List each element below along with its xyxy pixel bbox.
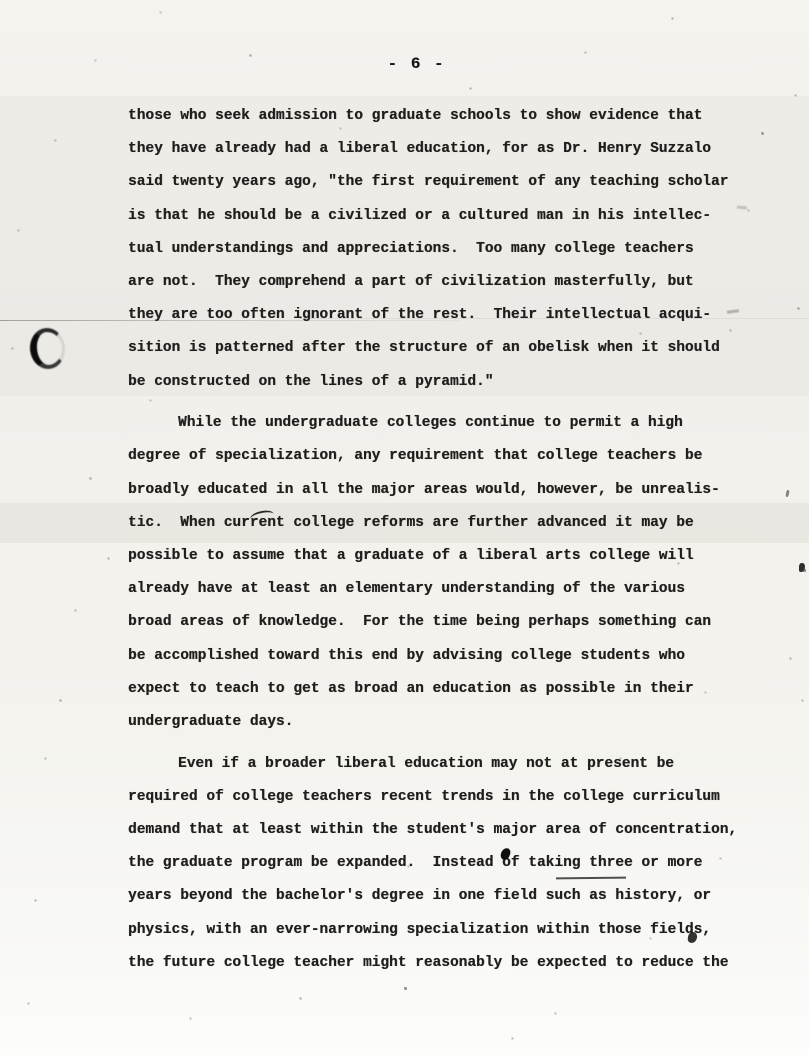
text-line: be accomplished toward this end by advis… (128, 640, 793, 673)
text-line: the graduate program be expanded. Instea… (128, 847, 793, 880)
text-line: they are too often ignorant of the rest.… (128, 299, 793, 332)
scanned-document-page: - 6 - those who seek admission to gradua… (0, 0, 809, 1055)
text-line: expect to teach to get as broad an educa… (128, 673, 793, 706)
text-line: broadly educated in all the major areas … (128, 474, 793, 507)
text-line: tic. When current college reforms are fu… (128, 507, 793, 540)
paragraph-2: While the undergraduate colleges continu… (128, 407, 793, 739)
text-line: said twenty years ago, "the first requir… (128, 166, 793, 199)
text-line: already have at least an elementary unde… (128, 573, 793, 606)
paragraph-1: those who seek admission to graduate sch… (128, 100, 793, 399)
text-line: those who seek admission to graduate sch… (128, 100, 793, 133)
text-line: Even if a broader liberal education may … (128, 748, 793, 781)
text-line: are not. They comprehend a part of civil… (128, 266, 793, 299)
text-line: possible to assume that a graduate of a … (128, 540, 793, 573)
text-line: years beyond the bachelor's degree in on… (128, 880, 793, 913)
scan-streak-line-faint (300, 318, 809, 319)
text-line: the future college teacher might reasona… (128, 947, 793, 980)
text-line: demand that at least within the student'… (128, 814, 793, 847)
text-line: While the undergraduate colleges continu… (128, 407, 793, 440)
text-line: broad areas of knowledge. For the time b… (128, 606, 793, 639)
text-line: sition is patterned after the structure … (128, 332, 793, 365)
paragraph-3: Even if a broader liberal education may … (128, 748, 793, 980)
typewritten-text-block: those who seek admission to graduate sch… (128, 100, 793, 980)
scan-streak-line (0, 320, 460, 321)
edge-ink-speck (799, 563, 805, 572)
text-line: required of college teachers recent tren… (128, 781, 793, 814)
hole-punch-mark (28, 326, 67, 370)
text-line: they have already had a liberal educatio… (128, 133, 793, 166)
text-line: is that he should be a civilized or a cu… (128, 200, 793, 233)
text-line: undergraduate days. (128, 706, 793, 739)
text-line: degree of specialization, any requiremen… (128, 440, 793, 473)
page-number: - 6 - (12, 55, 809, 73)
paper-noise-speckles (0, 0, 1, 1)
text-line: tual understandings and appreciations. T… (128, 233, 793, 266)
text-line: be constructed on the lines of a pyramid… (128, 366, 793, 399)
